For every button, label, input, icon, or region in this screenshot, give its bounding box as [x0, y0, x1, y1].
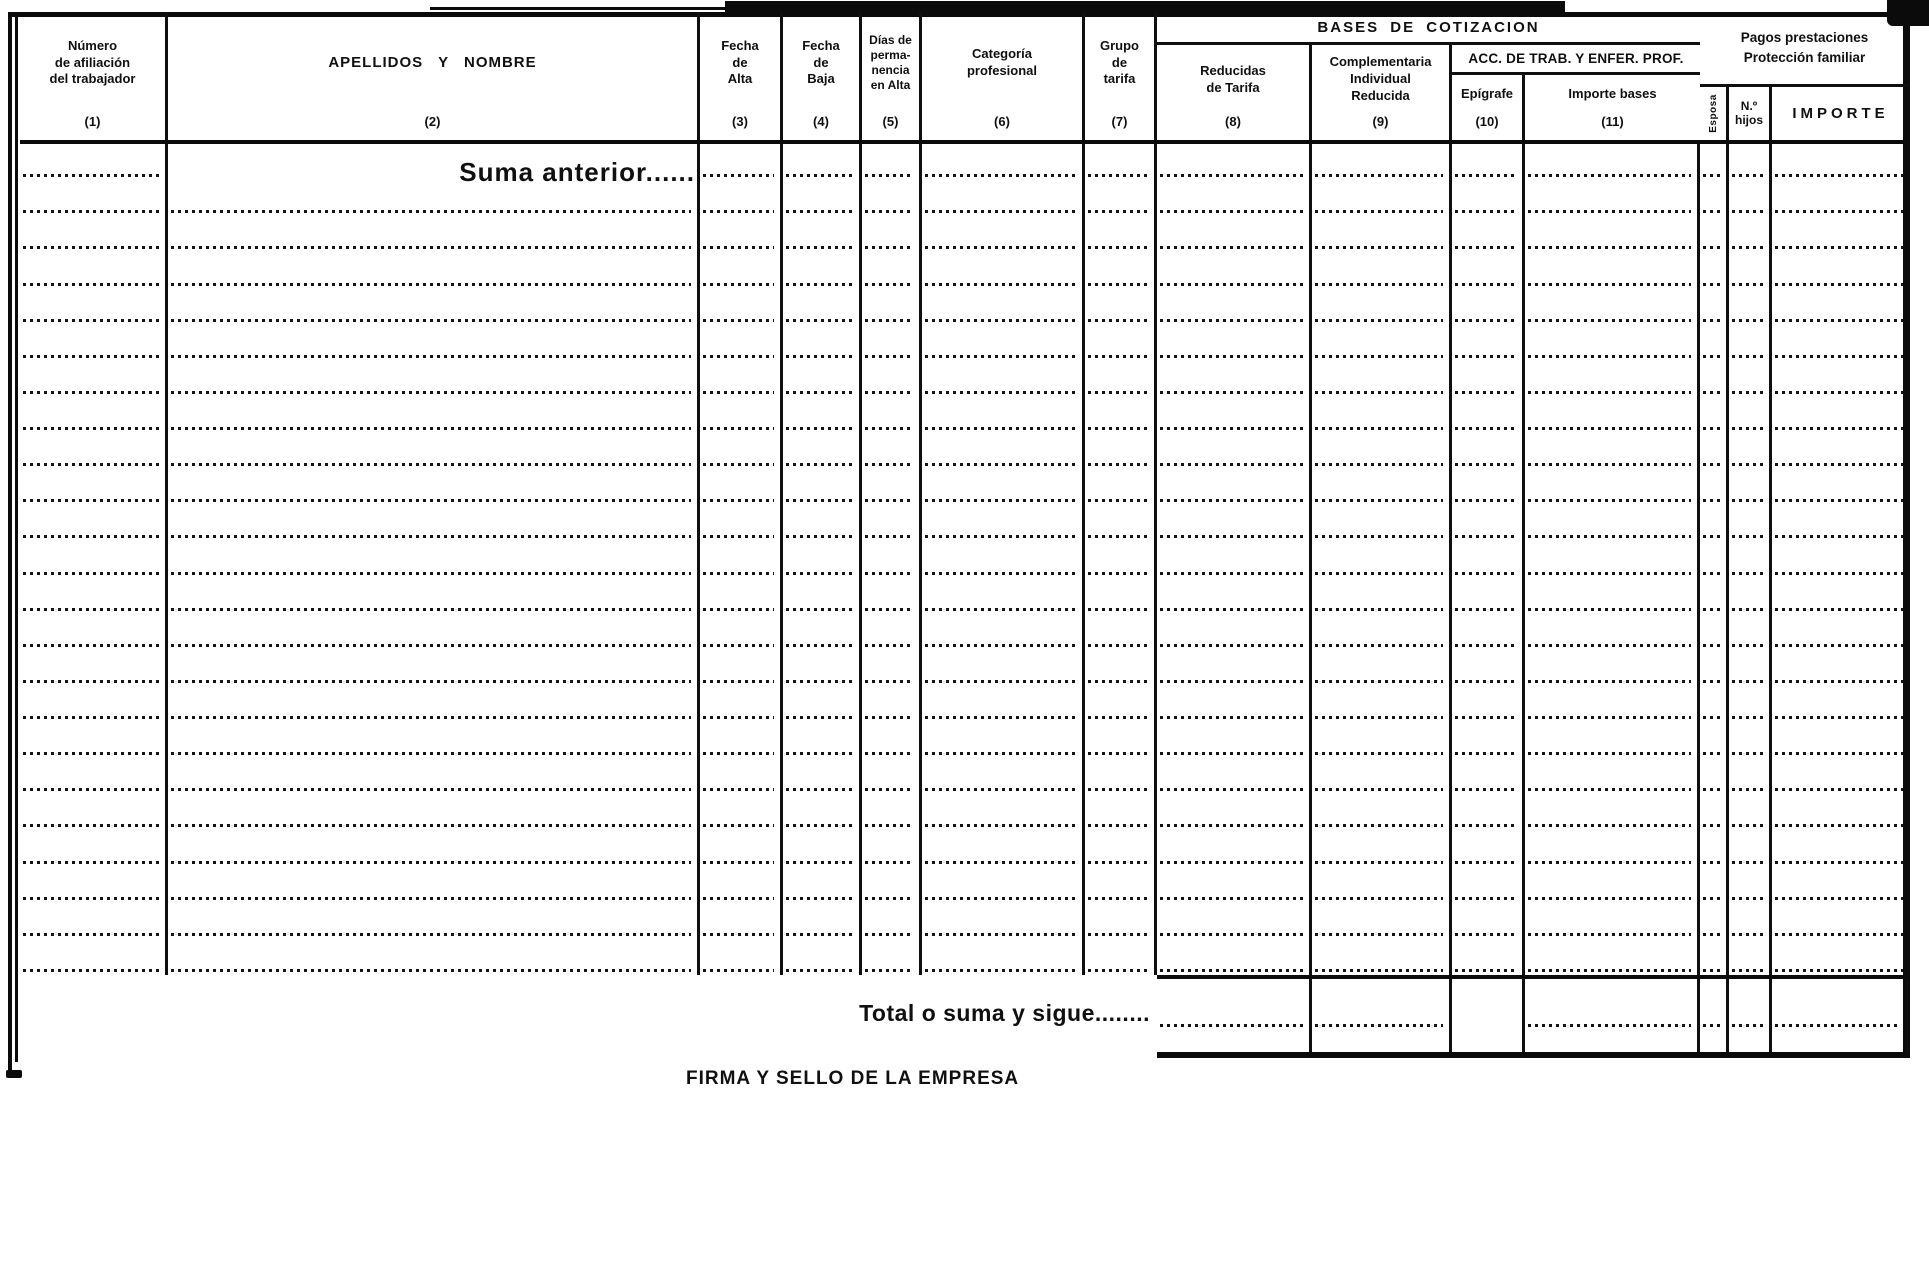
dotted-entry-line — [1703, 861, 1720, 864]
entry-cell — [1452, 180, 1525, 216]
dotted-entry-line — [1732, 824, 1763, 827]
dotted-entry-line — [925, 319, 1076, 322]
column-header-apellidos-nombre: APELLIDOS Y NOMBRE (2) — [168, 12, 700, 140]
dotted-entry-line — [171, 391, 691, 394]
dotted-entry-line — [1528, 319, 1691, 322]
entry-cell — [20, 903, 168, 939]
dotted-entry-line — [1703, 391, 1720, 394]
dotted-entry-line — [1703, 608, 1720, 611]
entry-cell — [1312, 758, 1452, 794]
dotted-entry-line — [1455, 788, 1516, 791]
entry-cell — [783, 830, 862, 866]
entry-cell — [783, 722, 862, 758]
dotted-entry-line — [1315, 933, 1443, 936]
dotted-entry-line — [1775, 716, 1903, 719]
dotted-entry-line — [1315, 499, 1443, 502]
dotted-entry-line — [1160, 824, 1303, 827]
dotted-entry-line — [1528, 391, 1691, 394]
entry-cell — [1157, 722, 1312, 758]
top-border-thin-line — [430, 7, 730, 10]
entry-cell — [1452, 614, 1525, 650]
dotted-entry-line — [171, 716, 691, 719]
dotted-entry-line — [171, 463, 691, 466]
entry-cell — [1085, 830, 1157, 866]
entry-cell — [1772, 939, 1909, 975]
dotted-entry-line — [1775, 572, 1903, 575]
column-number: (10) — [1452, 114, 1522, 140]
dotted-entry-line — [1732, 355, 1763, 358]
entry-row — [20, 469, 1909, 505]
entry-cell — [1729, 397, 1772, 433]
dotted-entry-line — [925, 969, 1076, 972]
dotted-entry-line — [703, 716, 774, 719]
dotted-entry-line — [786, 608, 853, 611]
entry-cell — [20, 325, 168, 361]
entry-cell — [1157, 144, 1312, 180]
column-number: (9) — [1312, 114, 1449, 140]
entry-cell — [168, 578, 700, 614]
column-label: Categoría profesional — [922, 12, 1082, 114]
total-cell — [1729, 979, 1772, 1052]
entry-row — [20, 794, 1909, 830]
dotted-entry-line — [865, 246, 913, 249]
dotted-entry-line — [1088, 680, 1148, 683]
entry-cell — [1085, 180, 1157, 216]
dotted-entry-line — [1455, 391, 1516, 394]
column-number: (11) — [1525, 114, 1700, 140]
entry-cell — [168, 614, 700, 650]
column-number: (6) — [922, 114, 1082, 140]
group-bases-columns: Reducidas de Tarifa (8) Complementaria I… — [1157, 45, 1700, 140]
entry-cell — [20, 614, 168, 650]
dotted-entry-line — [1455, 608, 1516, 611]
scanned-form-page: Número de afiliación del trabajador (1) … — [0, 0, 1929, 1264]
entry-cell — [1729, 216, 1772, 252]
dotted-entry-line — [1088, 463, 1148, 466]
entry-cell — [1729, 650, 1772, 686]
dotted-entry-line — [1732, 427, 1763, 430]
dotted-entry-line — [865, 861, 913, 864]
group-title-pagos: Pagos prestaciones Protección familiar — [1700, 12, 1909, 87]
entry-cell — [1452, 144, 1525, 180]
entry-cell — [1700, 830, 1729, 866]
dotted-entry-line — [703, 897, 774, 900]
entry-cell — [862, 433, 922, 469]
dotted-entry-line — [1528, 608, 1691, 611]
entry-cell — [1772, 180, 1909, 216]
entry-cell — [922, 289, 1085, 325]
dotted-entry-line — [1528, 897, 1691, 900]
dotted-entry-line — [1775, 969, 1903, 972]
entry-cell: Suma anterior...... — [168, 144, 700, 180]
column-label: Días de perma- nencia en Alta — [862, 12, 919, 114]
entry-cell — [168, 867, 700, 903]
dotted-entry-line — [1703, 427, 1720, 430]
entry-cell — [700, 361, 783, 397]
dotted-entry-line — [1315, 752, 1443, 755]
entry-cell — [1157, 758, 1312, 794]
dotted-entry-line — [1775, 788, 1903, 791]
dotted-entry-line — [865, 788, 913, 791]
entry-cell — [1085, 614, 1157, 650]
entry-cell — [20, 939, 168, 975]
dotted-entry-line — [1732, 861, 1763, 864]
dotted-entry-line — [23, 752, 159, 755]
dotted-entry-line — [171, 608, 691, 611]
entry-cell — [922, 397, 1085, 433]
dotted-entry-line — [171, 319, 691, 322]
entry-cell — [783, 252, 862, 288]
dotted-entry-line — [1160, 969, 1303, 972]
entry-cell — [700, 650, 783, 686]
entry-cell — [783, 397, 862, 433]
dotted-entry-line — [23, 716, 159, 719]
dotted-entry-line — [1455, 644, 1516, 647]
dotted-entry-line — [925, 355, 1076, 358]
entry-cell — [1729, 578, 1772, 614]
dotted-entry-line — [171, 499, 691, 502]
entry-cell — [168, 541, 700, 577]
column-label: Importe bases — [1525, 75, 1700, 114]
entry-cell — [1157, 614, 1312, 650]
dotted-entry-line — [1160, 174, 1303, 177]
entry-row — [20, 252, 1909, 288]
dotted-entry-line — [1732, 246, 1763, 249]
entry-cell — [783, 758, 862, 794]
entry-row — [20, 867, 1909, 903]
entry-cell — [1772, 325, 1909, 361]
entry-cell — [1452, 867, 1525, 903]
entry-cell — [168, 361, 700, 397]
entry-cell — [1729, 686, 1772, 722]
dotted-entry-line — [925, 246, 1076, 249]
dotted-entry-line — [1455, 427, 1516, 430]
column-number: (5) — [862, 114, 919, 140]
dotted-entry-line — [865, 499, 913, 502]
entry-cell — [1157, 578, 1312, 614]
dotted-entry-line — [703, 355, 774, 358]
entry-cell — [700, 614, 783, 650]
entry-cell — [1772, 830, 1909, 866]
entry-cell — [1085, 722, 1157, 758]
entry-cell — [1700, 505, 1729, 541]
column-header-grupo-tarifa: Grupo de tarifa (7) — [1085, 12, 1157, 140]
column-header-importe-bases: Importe bases (11) — [1525, 75, 1700, 140]
entry-cell — [862, 180, 922, 216]
entry-cell — [1729, 325, 1772, 361]
dotted-entry-line — [1088, 391, 1148, 394]
dotted-entry-line — [703, 788, 774, 791]
dotted-entry-line — [1088, 752, 1148, 755]
entry-cell — [20, 180, 168, 216]
entry-cell — [1085, 289, 1157, 325]
entry-cell — [1157, 252, 1312, 288]
dotted-entry-line — [1088, 246, 1148, 249]
dotted-entry-line — [925, 897, 1076, 900]
entry-cell — [1772, 903, 1909, 939]
column-header-categoria-profesional: Categoría profesional (6) — [922, 12, 1085, 140]
dotted-entry-line — [1160, 752, 1303, 755]
entry-cell — [1772, 758, 1909, 794]
dotted-entry-line — [1703, 319, 1720, 322]
entry-cell — [1525, 614, 1700, 650]
dotted-entry-line — [1528, 680, 1691, 683]
dotted-entry-line — [1528, 1024, 1691, 1027]
dotted-entry-line — [1315, 716, 1443, 719]
entry-cell — [1772, 614, 1909, 650]
entry-cell — [700, 758, 783, 794]
dotted-entry-line — [171, 644, 691, 647]
entry-cell — [922, 578, 1085, 614]
dotted-entry-line — [1775, 933, 1903, 936]
dotted-entry-line — [1088, 499, 1148, 502]
entry-cell — [1772, 686, 1909, 722]
dotted-entry-line — [786, 319, 853, 322]
left-border-foot-blob — [6, 1070, 22, 1078]
entry-cell — [862, 758, 922, 794]
column-label: APELLIDOS Y NOMBRE — [168, 12, 697, 114]
dotted-entry-line — [1455, 535, 1516, 538]
entry-cell — [700, 722, 783, 758]
left-border-inner — [15, 12, 18, 1062]
entry-cell — [1700, 650, 1729, 686]
total-cell — [1452, 979, 1525, 1052]
group-bases-de-cotizacion: BASES DE COTIZACION Reducidas de Tarifa … — [1157, 12, 1700, 140]
column-header-fecha-alta: Fecha de Alta (3) — [700, 12, 783, 140]
dotted-entry-line — [1528, 463, 1691, 466]
entry-cell — [1772, 867, 1909, 903]
entry-cell — [1452, 722, 1525, 758]
entry-cell — [20, 252, 168, 288]
entry-cell — [1700, 939, 1729, 975]
entry-cell — [168, 469, 700, 505]
entry-cell — [1525, 939, 1700, 975]
dotted-entry-line — [925, 824, 1076, 827]
entry-cell — [700, 144, 783, 180]
entry-cell — [1729, 903, 1772, 939]
entry-cell — [168, 939, 700, 975]
entry-cell — [1157, 939, 1312, 975]
entry-cell — [1312, 867, 1452, 903]
entry-row — [20, 433, 1909, 469]
dotted-entry-line — [23, 246, 159, 249]
dotted-entry-line — [786, 897, 853, 900]
entry-cell — [1772, 361, 1909, 397]
entry-cell — [1772, 433, 1909, 469]
dotted-entry-line — [1732, 283, 1763, 286]
group-title-acc: ACC. DE TRAB. Y ENFER. PROF. — [1452, 45, 1700, 75]
column-label: Grupo de tarifa — [1085, 12, 1154, 114]
entry-cell — [1525, 650, 1700, 686]
dotted-entry-line — [1315, 897, 1443, 900]
entry-cell — [1700, 252, 1729, 288]
firma-y-sello-label: FIRMA Y SELLO DE LA EMPRESA — [686, 1068, 1019, 1090]
entry-cell — [922, 180, 1085, 216]
entry-cell — [1312, 397, 1452, 433]
entry-cell — [1525, 867, 1700, 903]
column-header-importe: IMPORTE — [1772, 87, 1909, 140]
entry-cell — [1700, 325, 1729, 361]
entry-cell — [1085, 325, 1157, 361]
entry-cell — [1729, 433, 1772, 469]
entry-cell — [1157, 830, 1312, 866]
entry-cell — [783, 939, 862, 975]
dotted-entry-line — [925, 608, 1076, 611]
dotted-entry-line — [1315, 644, 1443, 647]
entry-cell — [1157, 469, 1312, 505]
total-cell — [1525, 979, 1700, 1052]
dotted-entry-line — [1703, 716, 1720, 719]
entry-cell — [1525, 325, 1700, 361]
dotted-entry-line — [1528, 283, 1691, 286]
entry-cell — [783, 325, 862, 361]
dotted-entry-line — [171, 752, 691, 755]
column-header-dias-permanencia: Días de perma- nencia en Alta (5) — [862, 12, 922, 140]
dotted-entry-line — [925, 499, 1076, 502]
dotted-entry-line — [865, 174, 913, 177]
entry-cell — [862, 614, 922, 650]
entry-cell — [1729, 144, 1772, 180]
entry-cell — [1157, 397, 1312, 433]
entry-cell — [1700, 180, 1729, 216]
entry-row — [20, 903, 1909, 939]
entry-cell — [700, 541, 783, 577]
dotted-entry-line — [1703, 824, 1720, 827]
entry-cell — [862, 650, 922, 686]
entry-cell — [1729, 830, 1772, 866]
dotted-entry-line — [1775, 680, 1903, 683]
dotted-entry-line — [1732, 716, 1763, 719]
table-body: Suma anterior...... — [20, 144, 1909, 975]
dotted-entry-line — [23, 391, 159, 394]
dotted-entry-line — [171, 535, 691, 538]
dotted-entry-line — [23, 969, 159, 972]
dotted-entry-line — [1703, 572, 1720, 575]
dotted-entry-line — [1528, 861, 1691, 864]
entry-cell — [1729, 361, 1772, 397]
entry-row — [20, 722, 1909, 758]
entry-cell — [862, 397, 922, 433]
entry-cell — [700, 686, 783, 722]
dotted-entry-line — [1775, 319, 1903, 322]
entry-cell — [1700, 758, 1729, 794]
entry-cell — [1452, 361, 1525, 397]
dotted-entry-line — [865, 680, 913, 683]
dotted-entry-line — [1775, 1024, 1900, 1027]
dotted-entry-line — [1088, 788, 1148, 791]
entry-row — [20, 505, 1909, 541]
dotted-entry-line — [703, 499, 774, 502]
dotted-entry-line — [1732, 319, 1763, 322]
dotted-entry-line — [1160, 933, 1303, 936]
dotted-entry-line — [865, 535, 913, 538]
dotted-entry-line — [925, 572, 1076, 575]
dotted-entry-line — [1732, 969, 1763, 972]
entry-cell — [20, 433, 168, 469]
total-cell — [1772, 979, 1909, 1052]
dotted-entry-line — [171, 933, 691, 936]
dotted-entry-line — [1160, 427, 1303, 430]
column-number: (1) — [20, 114, 165, 140]
dotted-entry-line — [1703, 969, 1720, 972]
dotted-entry-line — [703, 391, 774, 394]
entry-cell — [20, 686, 168, 722]
entry-cell — [1525, 830, 1700, 866]
entry-cell — [1157, 289, 1312, 325]
column-label: Reducidas de Tarifa — [1157, 45, 1309, 114]
dotted-entry-line — [171, 680, 691, 683]
dotted-entry-line — [1315, 391, 1443, 394]
dotted-entry-line — [1732, 1024, 1763, 1027]
entry-cell — [1312, 325, 1452, 361]
dotted-entry-line — [1315, 608, 1443, 611]
entry-cell — [20, 578, 168, 614]
entry-cell — [922, 903, 1085, 939]
entry-cell — [1452, 903, 1525, 939]
dotted-entry-line — [1528, 969, 1691, 972]
entry-cell — [783, 686, 862, 722]
dotted-entry-line — [1455, 572, 1516, 575]
column-number: (3) — [700, 114, 780, 140]
entry-cell — [862, 830, 922, 866]
dotted-entry-line — [865, 933, 913, 936]
entry-cell — [1772, 505, 1909, 541]
entry-cell — [1729, 794, 1772, 830]
entry-cell — [862, 505, 922, 541]
entry-cell — [1085, 794, 1157, 830]
dotted-entry-line — [865, 463, 913, 466]
dotted-entry-line — [1732, 391, 1763, 394]
dotted-entry-line — [1528, 210, 1691, 213]
dotted-entry-line — [1455, 499, 1516, 502]
entry-cell — [1525, 758, 1700, 794]
dotted-entry-line — [1775, 463, 1903, 466]
dotted-entry-line — [1160, 499, 1303, 502]
dotted-entry-line — [786, 933, 853, 936]
entry-cell — [862, 144, 922, 180]
column-label: N.º hijos — [1729, 87, 1769, 140]
entry-cell — [783, 541, 862, 577]
entry-cell — [1525, 180, 1700, 216]
entry-cell — [700, 289, 783, 325]
dotted-entry-line — [1732, 752, 1763, 755]
dotted-entry-line — [1732, 644, 1763, 647]
dotted-entry-line — [1528, 933, 1691, 936]
entry-cell — [1312, 722, 1452, 758]
dotted-entry-line — [1732, 572, 1763, 575]
dotted-entry-line — [1703, 752, 1720, 755]
dotted-entry-line — [1732, 897, 1763, 900]
dotted-entry-line — [23, 680, 159, 683]
dotted-entry-line — [23, 933, 159, 936]
entry-cell — [1772, 252, 1909, 288]
entry-cell — [168, 216, 700, 252]
dotted-entry-line — [786, 283, 853, 286]
dotted-entry-line — [1088, 716, 1148, 719]
entry-cell — [1157, 867, 1312, 903]
dotted-entry-line — [1703, 210, 1720, 213]
entry-cell — [168, 252, 700, 288]
dotted-entry-line — [786, 680, 853, 683]
entry-cell — [1729, 180, 1772, 216]
dotted-entry-line — [171, 355, 691, 358]
entry-cell — [168, 325, 700, 361]
entry-cell — [1312, 289, 1452, 325]
entry-cell — [1525, 541, 1700, 577]
entry-row — [20, 650, 1909, 686]
entry-cell — [1157, 686, 1312, 722]
entry-row — [20, 180, 1909, 216]
